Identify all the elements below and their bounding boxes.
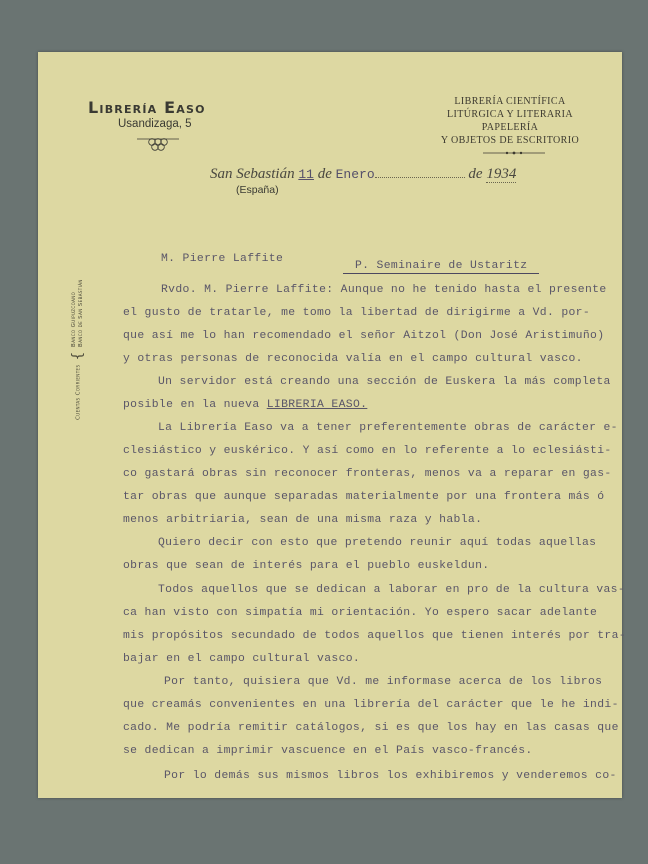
body-line: La Librería Easo va a tener preferenteme… <box>158 418 618 438</box>
bank-accounts-label: Cuentas Corrientes <box>76 365 82 420</box>
body-line-text: posible en la nueva <box>123 399 267 411</box>
bank-accounts-note: Cuentas Corrientes { Banco Guipuzcoano B… <box>70 279 86 420</box>
body-line: menos arbitriaria, sean de una misma raz… <box>123 510 482 530</box>
bank-name: Banco Guipuzcoano <box>71 279 78 347</box>
body-line: Todos aquellos que se dedican a laborar … <box>158 580 625 600</box>
body-line: que creamás convenientes en una librería… <box>123 695 619 715</box>
body-line: Por tanto, quisiera que Vd. me informase… <box>164 672 602 692</box>
date-country: (España) <box>236 184 279 196</box>
body-line: co gastará obras sin reconocer fronteras… <box>123 464 612 484</box>
date-de: de <box>468 166 482 182</box>
letterhead-address: Usandizaga, 5 <box>118 118 192 130</box>
store-name-underlined: LIBRERIA EASO. <box>267 399 368 411</box>
bank-list: Banco Guipuzcoano Banco de San Sebastián <box>71 279 85 347</box>
service-line: LIBRERÍA CIENTÍFICA <box>425 95 595 108</box>
letterhead-services: LIBRERÍA CIENTÍFICA LITÚRGICA Y LITERARI… <box>425 95 595 147</box>
body-line: Rvdo. M. Pierre Laffite: Aunque no he te… <box>161 280 607 300</box>
body-line: el gusto de tratarle, me tomo la liberta… <box>123 303 590 323</box>
body-line: mis propósitos secundado de todos aquell… <box>123 626 626 646</box>
date-day: 11 <box>298 167 314 182</box>
body-line: ca han visto con simpatía mi orientación… <box>123 603 597 623</box>
body-line: clesiástico y euskérico. Y así como en l… <box>123 441 612 461</box>
body-line: que así me lo han recomendado el señor A… <box>123 326 604 346</box>
service-line: PAPELERÍA <box>425 121 595 134</box>
body-line: Quiero decir con esto que pretendo reuni… <box>158 533 596 553</box>
date-year: 1934 <box>486 166 516 183</box>
service-line: Y OBJETOS DE ESCRITORIO <box>425 134 595 147</box>
date-de: de <box>318 166 332 182</box>
letterhead-business-name: Librería Easo <box>88 98 206 117</box>
recipient-place: P. Seminaire de Ustaritz <box>343 260 539 274</box>
brace-icon: { <box>70 351 86 360</box>
ornamental-rule-icon <box>483 150 545 156</box>
recipient-name: M. Pierre Laffite <box>161 253 283 265</box>
body-line: Por lo demás sus mismos libros los exhib… <box>164 766 617 786</box>
body-line: bajar en el campo cultural vasco. <box>123 649 360 669</box>
body-line: posible en la nueva LIBRERIA EASO. <box>123 395 367 415</box>
body-line: cado. Me podría remitir catálogos, si es… <box>123 718 619 738</box>
date-dotted-leader <box>375 167 465 178</box>
bank-name: Banco de San Sebastián <box>78 279 85 347</box>
date-city: San Sebastián <box>210 166 295 182</box>
body-line: obras que sean de interés para el pueblo… <box>123 556 489 576</box>
body-line: se dedican a imprimir vascuence en el Pa… <box>123 741 533 761</box>
body-line: tar obras que aunque separadas materialm… <box>123 487 604 507</box>
service-line: LITÚRGICA Y LITERARIA <box>425 108 595 121</box>
dateline: San Sebastián 11 de Enero de 1934 <box>210 166 530 186</box>
body-line: Un servidor está creando una sección de … <box>158 372 611 392</box>
date-month: Enero <box>336 167 375 182</box>
interlocked-rings-icon <box>135 136 181 154</box>
body-line: y otras personas de reconocida valía en … <box>123 349 583 369</box>
